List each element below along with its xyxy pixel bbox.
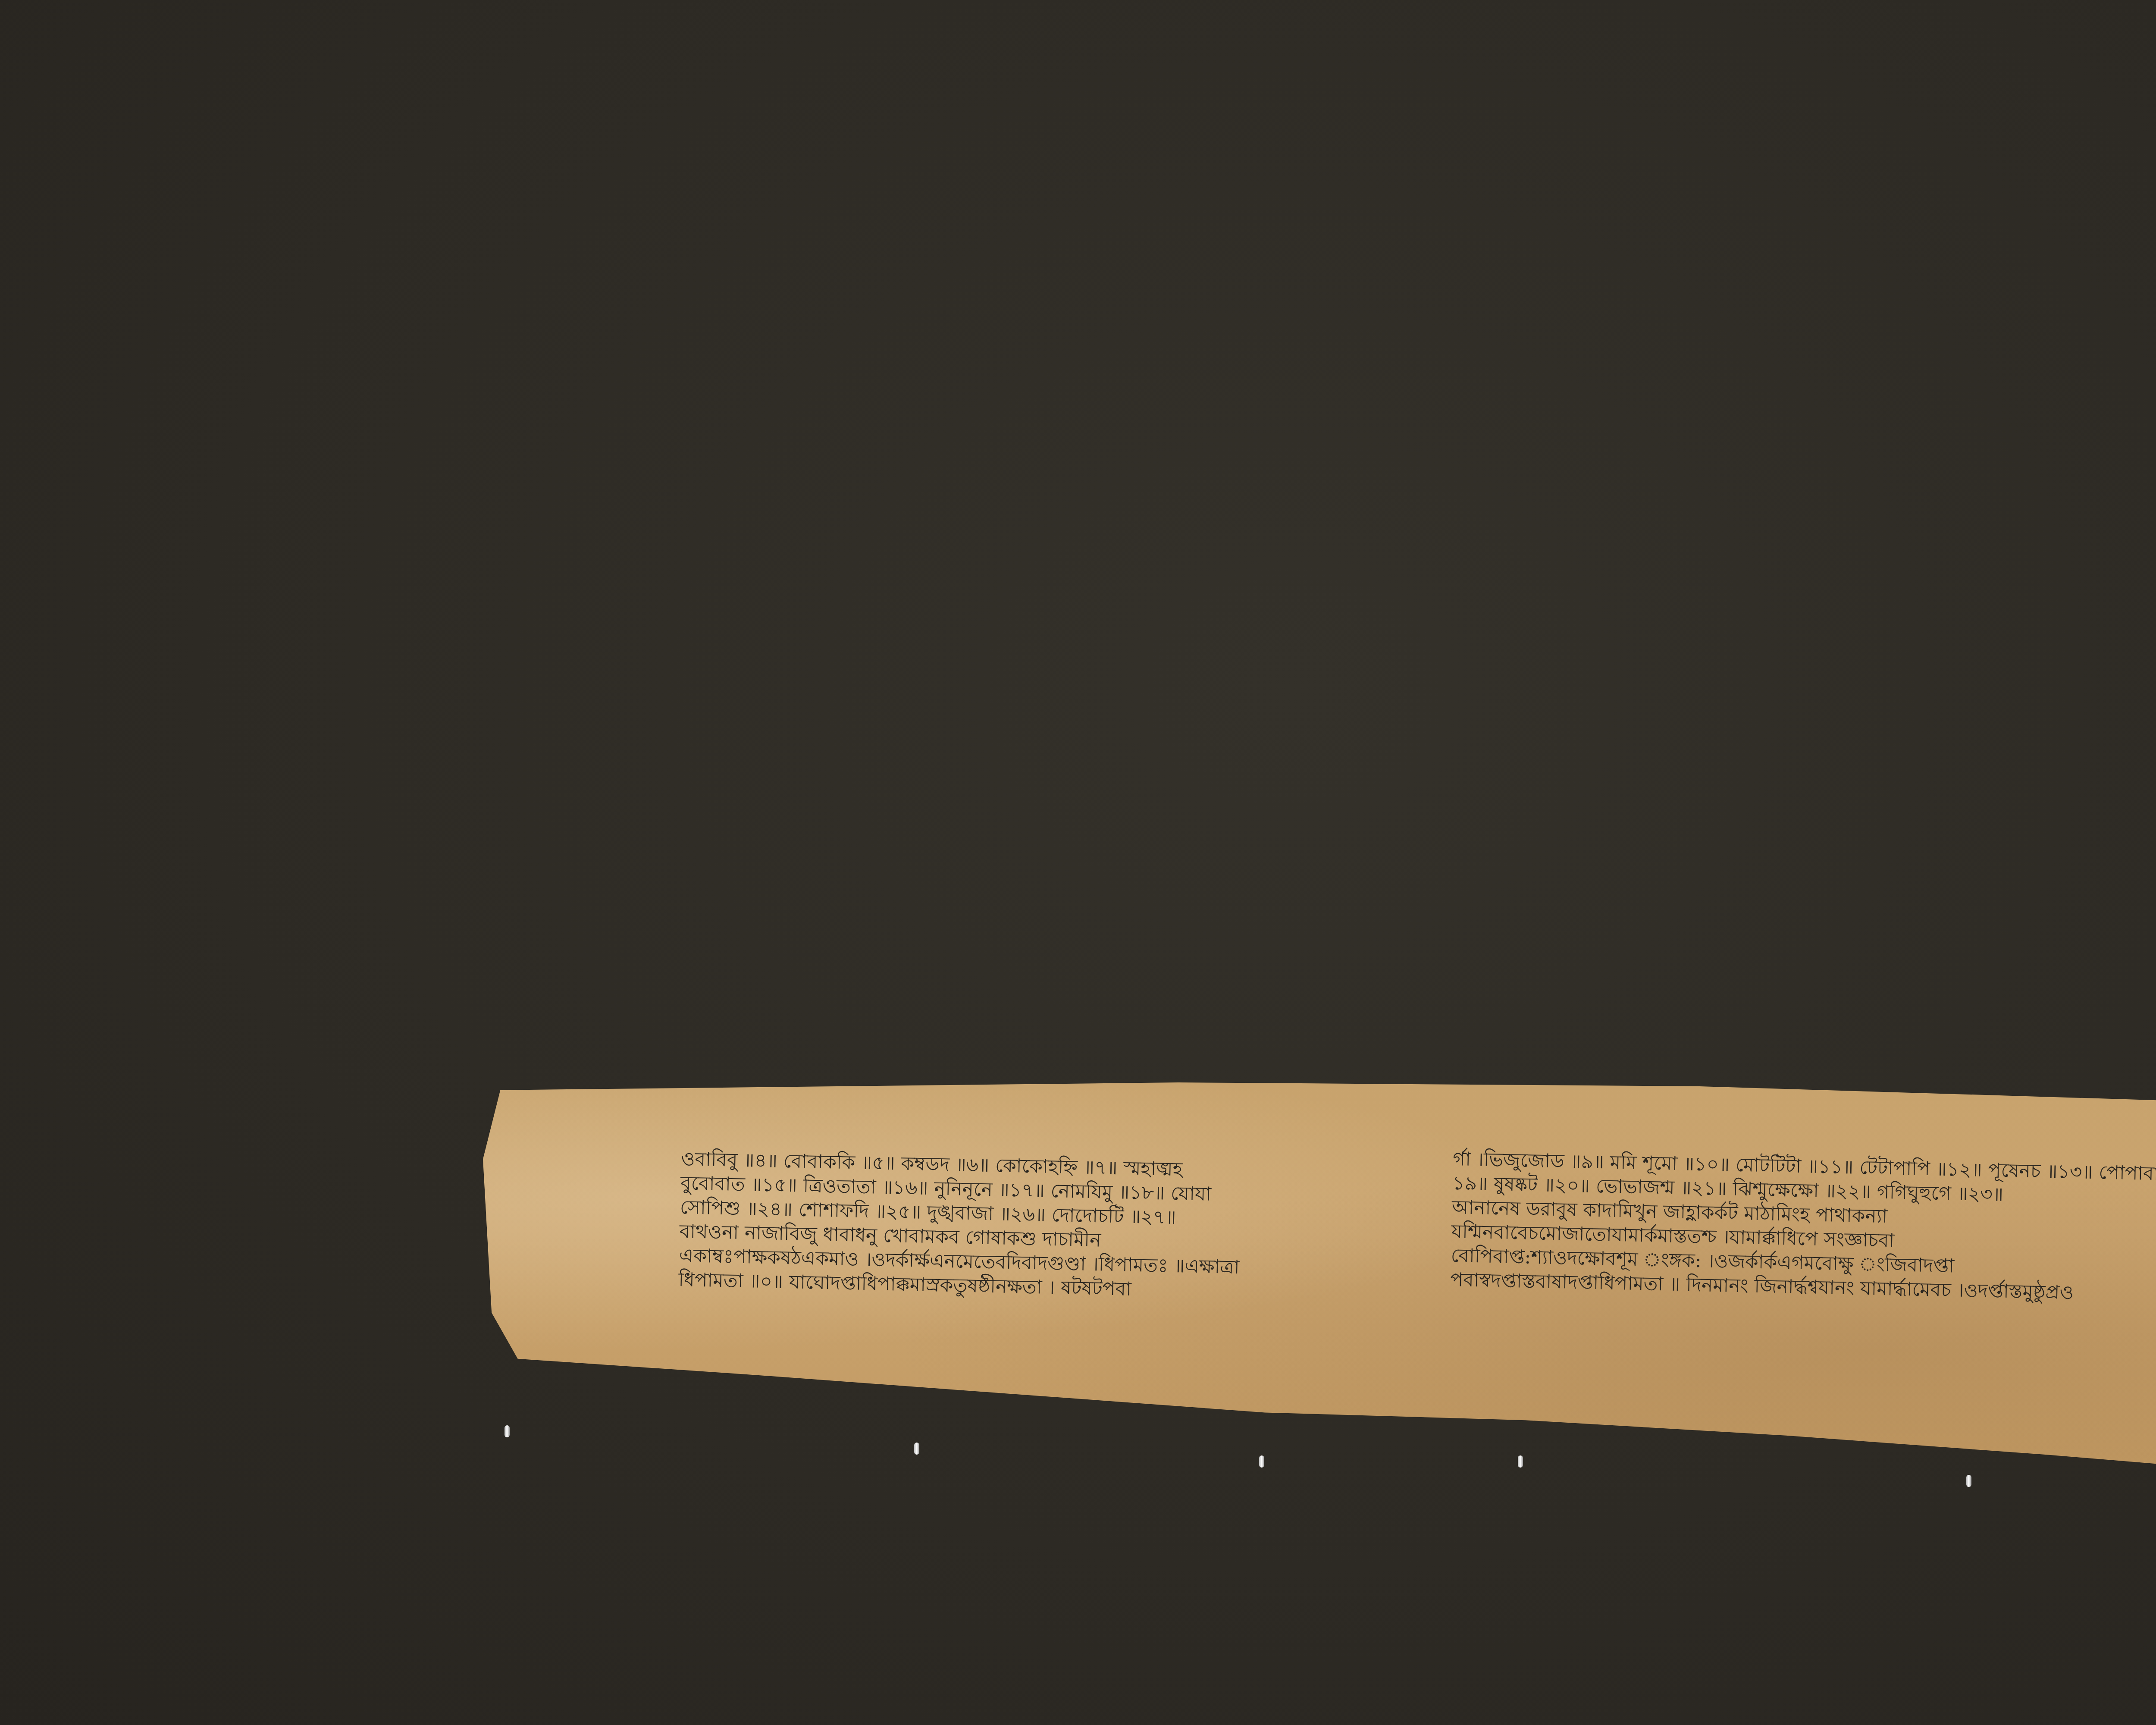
- mounting-board: [0, 0, 2156, 1725]
- mounting-pin-icon: [1259, 1455, 1264, 1468]
- mounting-pin-icon: [505, 1425, 510, 1437]
- mounting-pin-icon: [1966, 1475, 1971, 1487]
- mounting-pin-icon: [1518, 1455, 1523, 1468]
- right-text-block: র্গা ।ভিজুজোড ॥৯॥ মমি শূমো ॥১০॥ মোটটিটা …: [1450, 1147, 2156, 1308]
- mounting-pin-icon: [914, 1443, 919, 1455]
- left-text-block: ওবাবিবু ॥৪॥ বোবাককি ॥৫॥ কম্বডদ ॥৬॥ কোকোহ…: [678, 1147, 1242, 1304]
